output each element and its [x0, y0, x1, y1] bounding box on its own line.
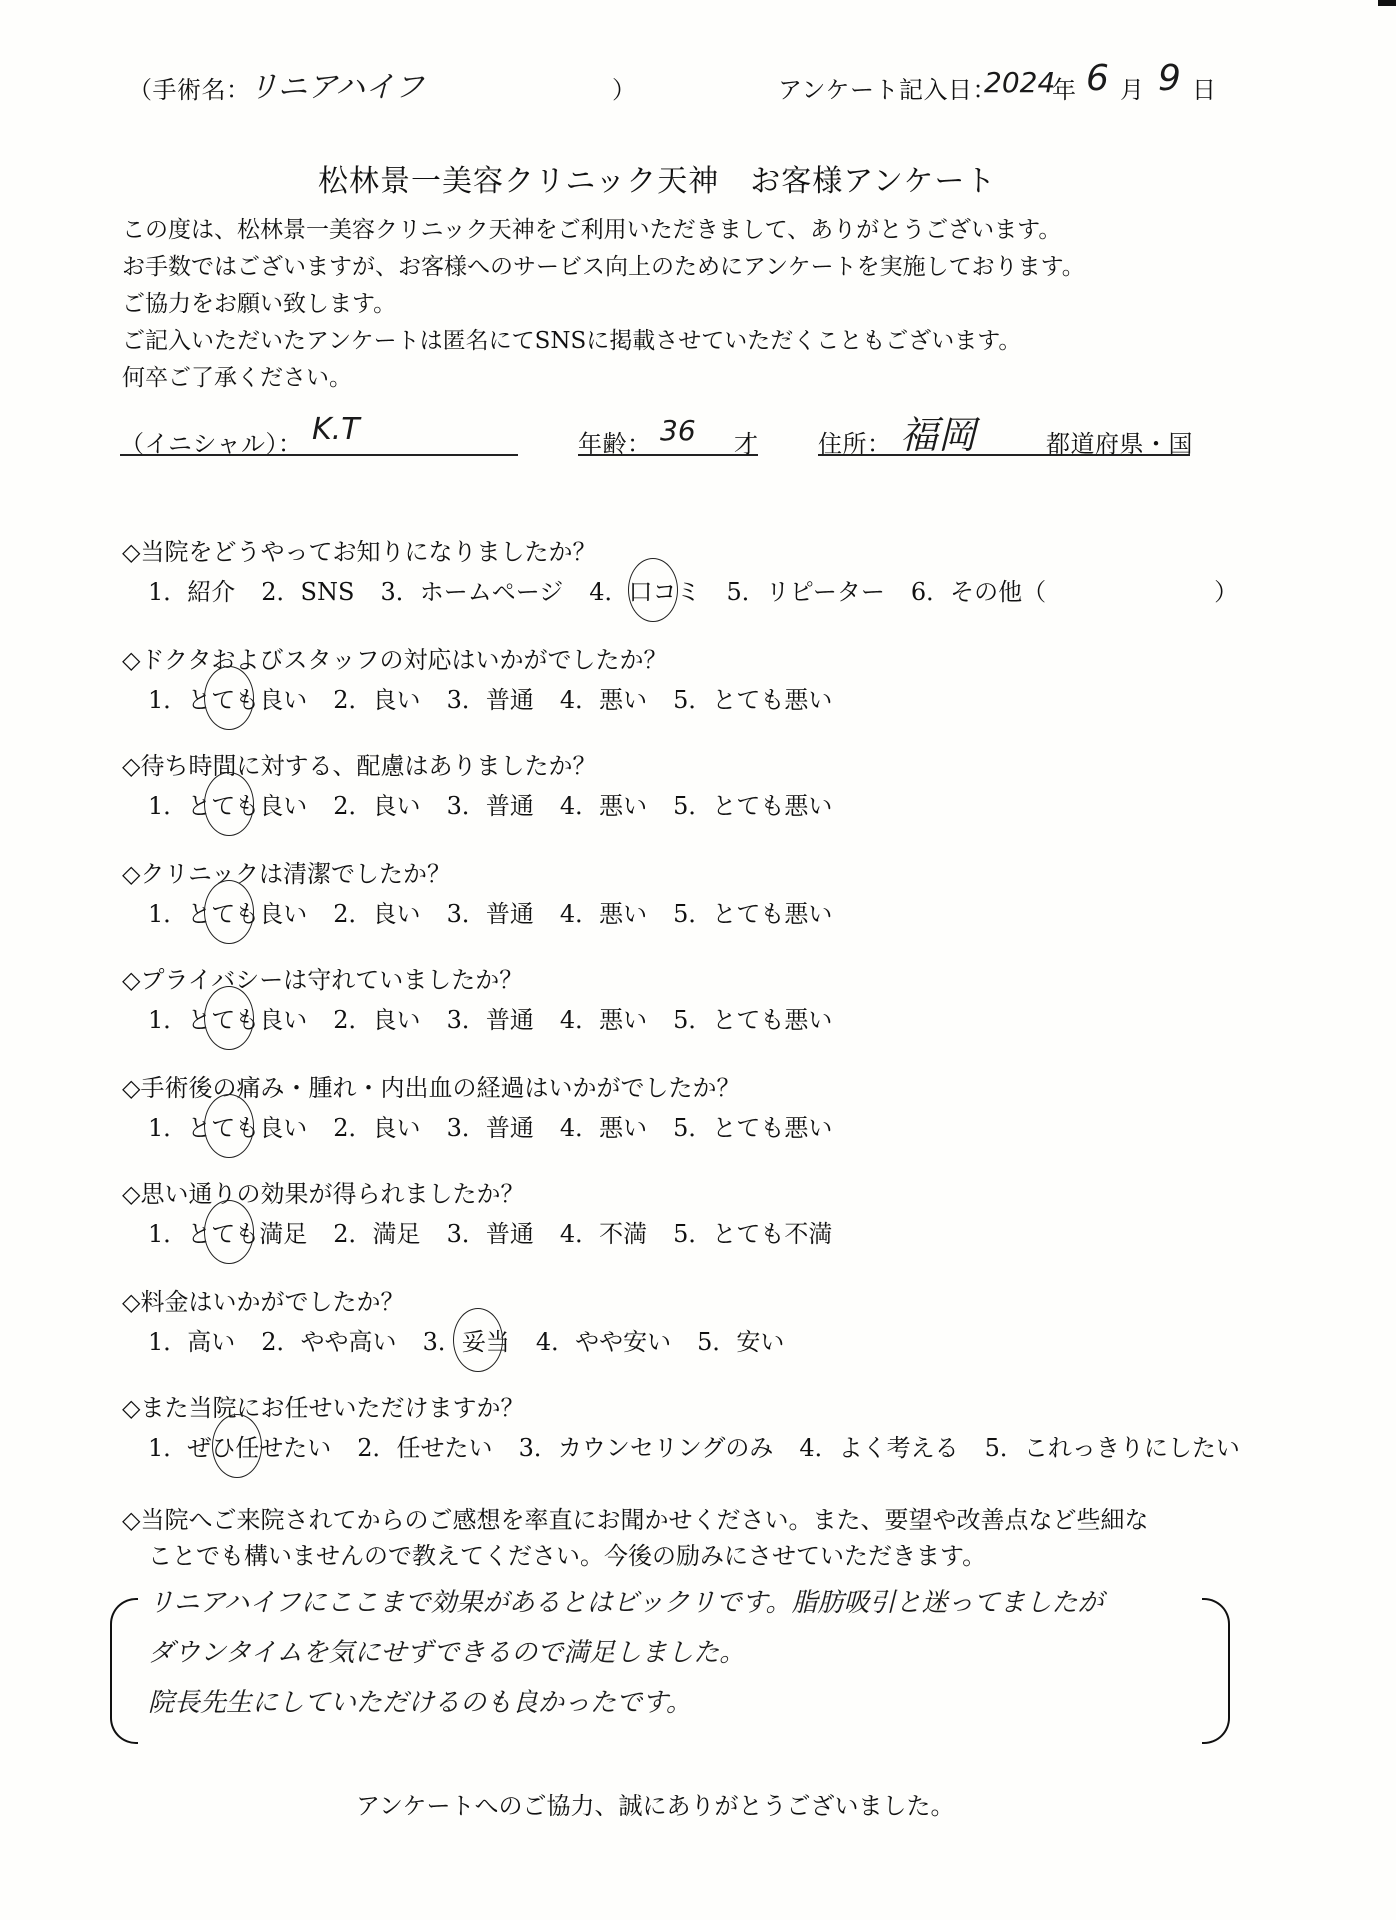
answer-option[interactable]: 5．とても悪い: [673, 680, 832, 715]
question-text: ◇プライバシーは守れていましたか？: [122, 960, 523, 995]
age-label: 年齢：: [578, 424, 652, 459]
answer-option[interactable]: 4．不満: [560, 1214, 647, 1249]
answer-option[interactable]: 3．普通: [447, 1214, 534, 1249]
page-title: 松林景一美容クリニック天神 お客様アンケート: [318, 156, 996, 200]
date-month-unit: 月: [1120, 70, 1145, 105]
answer-option[interactable]: 1．紹介: [148, 572, 235, 607]
answer-options: 1．とても良い2．良い3．普通4．悪い5．とても悪い: [148, 786, 858, 821]
answer-option[interactable]: 5．とても悪い: [673, 786, 832, 821]
feedback-box-left-bracket: [110, 1598, 138, 1744]
answer-option[interactable]: 2．SNS: [261, 572, 354, 607]
address-value: 福岡: [900, 404, 976, 459]
question-text: ◇クリニックは清潔でしたか？: [122, 854, 451, 889]
intro-line: ご記入いただいたアンケートは匿名にてSNSに掲載させていただくこともございます。: [122, 323, 1085, 360]
answer-option[interactable]: 2．良い: [333, 894, 420, 929]
selected-mark-circle: [204, 1094, 254, 1158]
intro-line: この度は、松林景一美容クリニック天神をご利用いただきまして、ありがとうございます…: [122, 212, 1085, 249]
date-day-unit: 日: [1192, 70, 1217, 105]
answer-option[interactable]: 1．とても良い: [148, 786, 307, 821]
answer-option[interactable]: 2．満足: [333, 1214, 420, 1249]
age-value: 36: [660, 414, 696, 447]
answer-option[interactable]: 3．ホームページ: [380, 572, 563, 607]
intro-line: 何卒ご了承ください。: [122, 360, 1085, 397]
answer-option[interactable]: 4．悪い: [560, 680, 647, 715]
initials-value: K.T: [312, 412, 360, 447]
intro-line: ご協力をお願い致します。: [122, 286, 1085, 323]
answer-option[interactable]: 4．口コミ: [589, 572, 700, 607]
answer-option[interactable]: 4．悪い: [560, 786, 647, 821]
feedback-answer-line: リニアハイフにここまで効果があるとはビックリです。脂肪吸引と迷ってましたが: [148, 1578, 1104, 1628]
question-text: ◇ドクタおよびスタッフの対応はいかがでしたか？: [122, 640, 668, 675]
answer-option[interactable]: 1．高い: [148, 1322, 235, 1357]
selected-mark-circle: [204, 1200, 254, 1264]
answer-options: 1．高い2．やや高い3．妥当4．やや安い5．安い: [148, 1322, 810, 1357]
selected-mark-circle: [204, 772, 254, 836]
age-field[interactable]: 年齢： 36 才: [578, 418, 758, 456]
feedback-answer-line: ダウンタイムを気にせずできるので満足しました。: [148, 1628, 1104, 1678]
answer-option[interactable]: 1．とても満足: [148, 1214, 307, 1249]
answer-option[interactable]: 4．悪い: [560, 894, 647, 929]
answer-options: 1．とても良い2．良い3．普通4．悪い5．とても悪い: [148, 894, 858, 929]
initials-field[interactable]: （イニシャル）： K.T: [120, 418, 518, 456]
address-field[interactable]: 住所： 福岡 都道府県・国: [818, 418, 1190, 456]
feedback-answer[interactable]: リニアハイフにここまで効果があるとはビックリです。脂肪吸引と迷ってましたが ダウ…: [148, 1578, 1104, 1728]
date-year-unit: 年: [1052, 70, 1077, 105]
answer-option[interactable]: 5．とても不満: [673, 1214, 832, 1249]
selected-mark-circle: [204, 880, 254, 944]
answer-option[interactable]: 2．良い: [333, 1108, 420, 1143]
answer-option[interactable]: 4．よく考える: [799, 1428, 958, 1463]
date-day[interactable]: 9: [1158, 58, 1181, 99]
answer-option[interactable]: 2．やや高い: [261, 1322, 396, 1357]
procedure-close: ）: [612, 70, 637, 105]
question-text: ◇手術後の痛み・腫れ・内出血の経過はいかがでしたか？: [122, 1068, 740, 1103]
answer-option[interactable]: 3．普通: [447, 786, 534, 821]
answer-option[interactable]: 1．とても良い: [148, 894, 307, 929]
answer-option[interactable]: 1．ぜひ任せたい: [148, 1428, 331, 1463]
feedback-box-right-bracket: [1202, 1598, 1230, 1744]
answer-option[interactable]: 5．安い: [697, 1322, 784, 1357]
answer-options: 1．ぜひ任せたい2．任せたい3．カウンセリングのみ4．よく考える5．これっきりに…: [148, 1428, 1266, 1463]
question-text: ◇当院をどうやってお知りになりましたか？: [122, 532, 596, 567]
age-unit: 才: [734, 424, 759, 459]
selected-mark-circle: [204, 986, 254, 1050]
answer-option[interactable]: 5．とても悪い: [673, 1000, 832, 1035]
answer-option[interactable]: 2．任せたい: [357, 1428, 492, 1463]
feedback-prompt-line1: ◇当院へご来院されてからのご感想を率直にお聞かせください。また、要望や改善点など…: [122, 1500, 1148, 1535]
feedback-prompt-line2: ことでも構いませんので教えてください。今後の励みにさせていただきます。: [148, 1536, 986, 1571]
answer-option[interactable]: 1．とても良い: [148, 1108, 307, 1143]
selected-mark-circle: [453, 1308, 503, 1372]
question-text: ◇また当院にお任せいただけますか？: [122, 1388, 524, 1423]
intro-text: この度は、松林景一美容クリニック天神をご利用いただきまして、ありがとうございます…: [122, 212, 1085, 397]
feedback-answer-line: 院長先生にしていただけるのも良かったです。: [148, 1678, 1104, 1728]
procedure-label: （手術名：: [128, 70, 251, 105]
address-label: 住所：: [818, 424, 892, 459]
answer-option[interactable]: 5．とても悪い: [673, 894, 832, 929]
answer-option[interactable]: 4．悪い: [560, 1108, 647, 1143]
answer-option[interactable]: 5．これっきりにしたい: [985, 1428, 1240, 1463]
answer-option[interactable]: 1．とても良い: [148, 1000, 307, 1035]
date-year[interactable]: 2024: [984, 66, 1055, 99]
question-text: ◇待ち時間に対する、配慮はありましたか？: [122, 746, 596, 781]
initials-label: （イニシャル）：: [120, 424, 303, 459]
answer-option[interactable]: 4．やや安い: [536, 1322, 671, 1357]
answer-option[interactable]: 3．普通: [447, 894, 534, 929]
date-label: アンケート記入日：: [778, 70, 997, 105]
answer-option[interactable]: 5．とても悪い: [673, 1108, 832, 1143]
answer-options: 1．とても満足2．満足3．普通4．不満5．とても不満: [148, 1214, 858, 1249]
footer-thanks: アンケートへのご協力、誠にありがとうございました。: [356, 1786, 955, 1821]
procedure-value[interactable]: リニアハイフ: [248, 62, 424, 106]
question-text: ◇料金はいかがでしたか？: [122, 1282, 404, 1317]
selected-mark-circle: [204, 666, 254, 730]
answer-option[interactable]: 2．良い: [333, 680, 420, 715]
answer-option[interactable]: 5．リピーター: [727, 572, 885, 607]
answer-options: 1．とても良い2．良い3．普通4．悪い5．とても悪い: [148, 1000, 858, 1035]
answer-option[interactable]: 6．その他（ ）: [911, 572, 1238, 607]
answer-options: 1．とても良い2．良い3．普通4．悪い5．とても悪い: [148, 680, 858, 715]
answer-options: 1．紹介2．SNS3．ホームページ4．口コミ5．リピーター6．その他（ ）: [148, 572, 1264, 607]
selected-mark-circle: [212, 1414, 262, 1478]
address-unit: 都道府県・国: [1046, 424, 1193, 459]
date-month[interactable]: 6: [1086, 58, 1109, 99]
answer-option[interactable]: 3．カウンセリングのみ: [519, 1428, 774, 1463]
answer-option[interactable]: 3．普通: [447, 1000, 534, 1035]
selected-mark-circle: [628, 558, 678, 622]
answer-options: 1．とても良い2．良い3．普通4．悪い5．とても悪い: [148, 1108, 858, 1143]
scan-edge-mark: [1378, 0, 1396, 6]
answer-option[interactable]: 3．普通: [447, 680, 534, 715]
answer-option[interactable]: 2．良い: [333, 786, 420, 821]
question-text: ◇思い通りの効果が得られましたか？: [122, 1174, 524, 1209]
answer-option[interactable]: 1．とても良い: [148, 680, 307, 715]
answer-option[interactable]: 3．普通: [447, 1108, 534, 1143]
answer-option[interactable]: 2．良い: [333, 1000, 420, 1035]
answer-option[interactable]: 3．妥当: [423, 1322, 510, 1357]
answer-option[interactable]: 4．悪い: [560, 1000, 647, 1035]
intro-line: お手数ではございますが、お客様へのサービス向上のためにアンケートを実施しておりま…: [122, 249, 1085, 286]
